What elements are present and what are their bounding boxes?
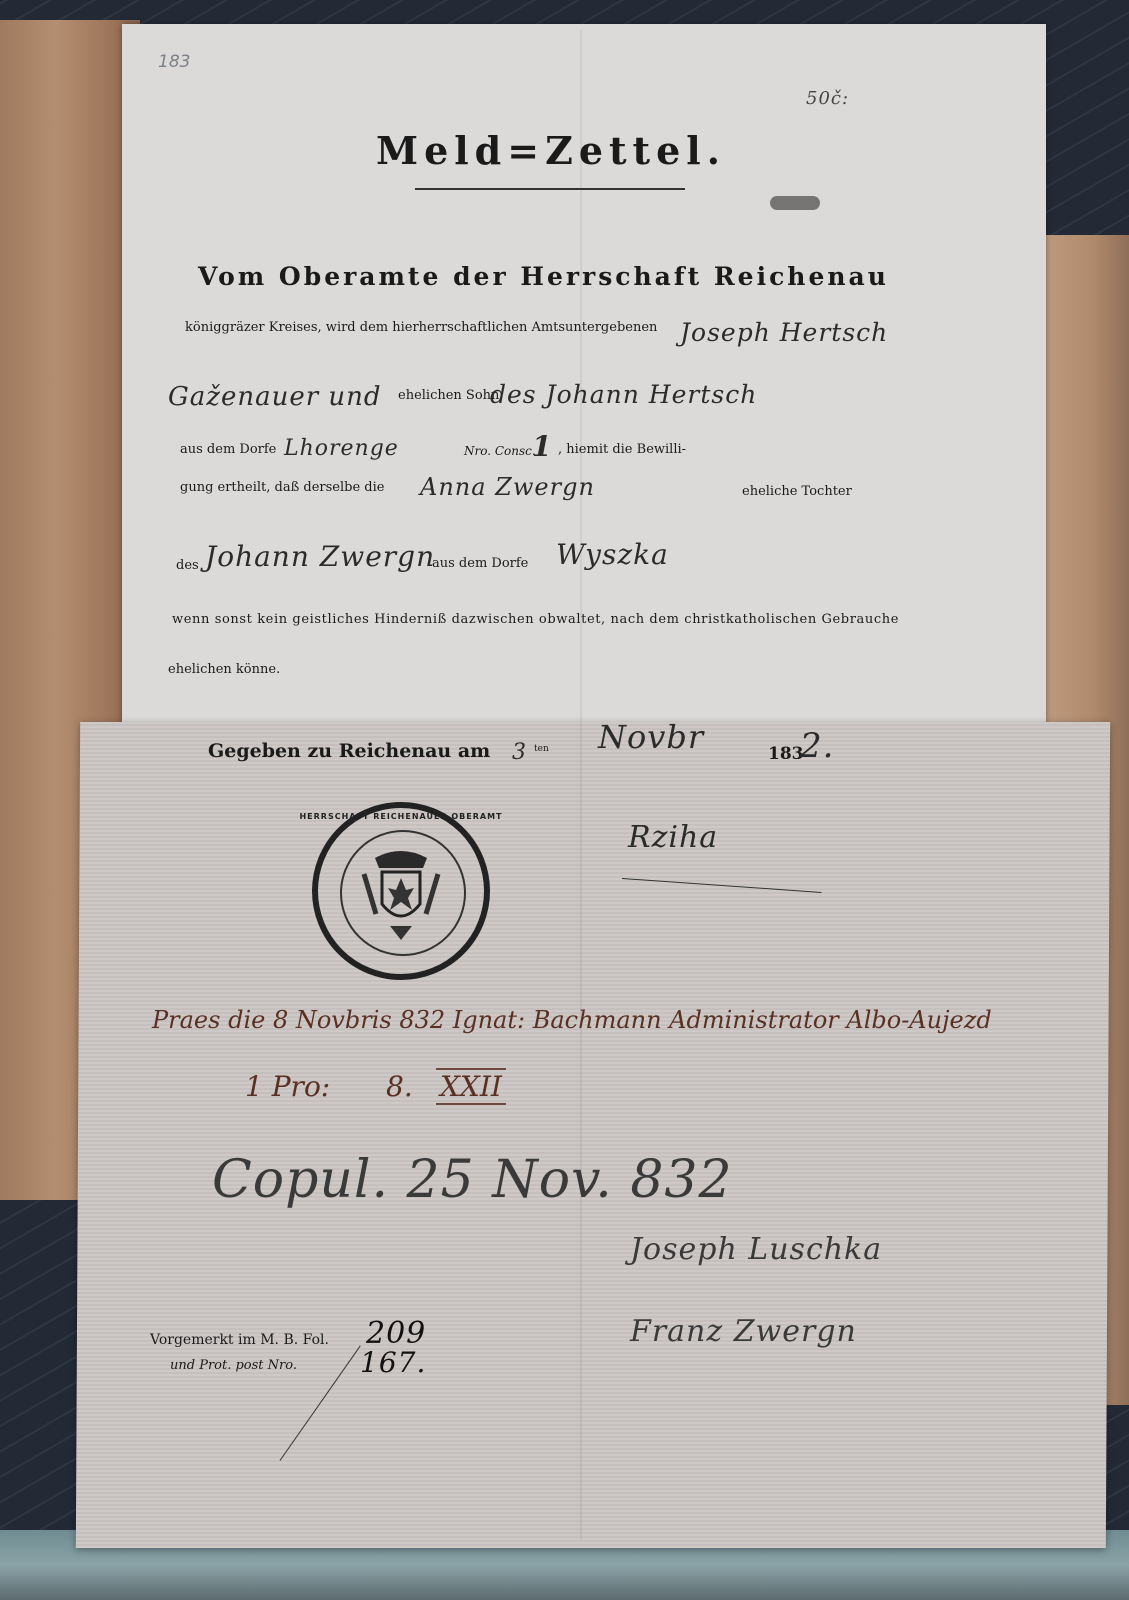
registry-line-1-print: Vorgemerkt im M. B. Fol. — [150, 1332, 329, 1348]
protocol-ref-a: 1 Pro: — [245, 1070, 330, 1103]
body-line-2-print: ehelichen Sohn — [398, 388, 499, 403]
archive-mark-top-right: 50č: — [806, 88, 849, 109]
body-line-3-print-a: aus dem Dorfe — [180, 442, 276, 457]
bride-village: Wyszka — [556, 538, 669, 571]
ink-blot — [770, 196, 820, 210]
date-year-hand: 2. — [800, 726, 834, 766]
body-line-6-print: wenn sonst kein geistliches Hinderniß da… — [172, 612, 899, 627]
body-line-4-print-a: gung ertheilt, daß derselbe die — [180, 480, 384, 495]
seal-legend: HERRSCHAFT REICHENAUER OBERAMT — [299, 812, 502, 821]
official-signature: Rziha — [628, 820, 718, 855]
bride-name: Anna Zwergn — [420, 473, 595, 501]
title-underline — [415, 188, 685, 190]
house-number: 1 — [532, 430, 552, 463]
body-line-1-print: königgräzer Kreises, wird dem hierherrsc… — [185, 320, 657, 335]
groom-name: Joseph Hertsch — [680, 318, 888, 347]
document-title: Meld=Zettel. — [376, 128, 726, 173]
body-line-5-print-a: des — [176, 558, 199, 573]
bride-father-name: Johann Zwergn — [205, 540, 435, 573]
dateline-print: Gegeben zu Reichenau am — [208, 740, 490, 762]
date-month: Novbr — [598, 718, 704, 756]
witness-1-signature: Joseph Luschka — [630, 1232, 882, 1267]
witness-2-signature: Franz Zwergn — [630, 1314, 857, 1349]
body-line-7-print: ehelichen könne. — [168, 662, 280, 677]
groom-village: Lhorenge — [284, 436, 399, 461]
document-heading: Vom Oberamte der Herrschaft Reichenau — [198, 262, 889, 291]
fold-crease — [580, 30, 582, 1540]
groom-father-name: des Johann Hertsch — [490, 380, 757, 409]
body-line-4-print-b: eheliche Tochter — [742, 484, 852, 499]
protocol-ref-b: 8. — [386, 1070, 413, 1103]
body-line-3-print-c: , hiemit die Bewilli- — [558, 442, 686, 457]
copulation-note: Copul. 25 Nov. 832 — [212, 1150, 733, 1210]
receipt-annotation: Praes die 8 Novbris 832 Ignat: Bachmann … — [152, 1006, 992, 1034]
date-day-suffix: ten — [534, 744, 549, 754]
protocol-ref-box: XXII — [436, 1068, 506, 1105]
groom-occupation: Gaženauer und — [168, 382, 382, 412]
date-year-print: 183 — [768, 744, 804, 764]
registry-line-2-print: und Prot. post Nro. — [170, 1358, 297, 1373]
body-line-3-print-b: Nro. Consc. — [464, 444, 536, 458]
body-line-5-print-b: aus dem Dorfe — [432, 556, 528, 571]
coat-of-arms-icon — [360, 844, 442, 944]
official-seal: HERRSCHAFT REICHENAUER OBERAMT — [312, 802, 490, 980]
document-lower-half — [76, 722, 1110, 1548]
archive-number-pencil: 183 — [158, 52, 190, 72]
registry-protocol-number: 167. — [360, 1346, 426, 1379]
date-day: 3 — [512, 740, 527, 765]
